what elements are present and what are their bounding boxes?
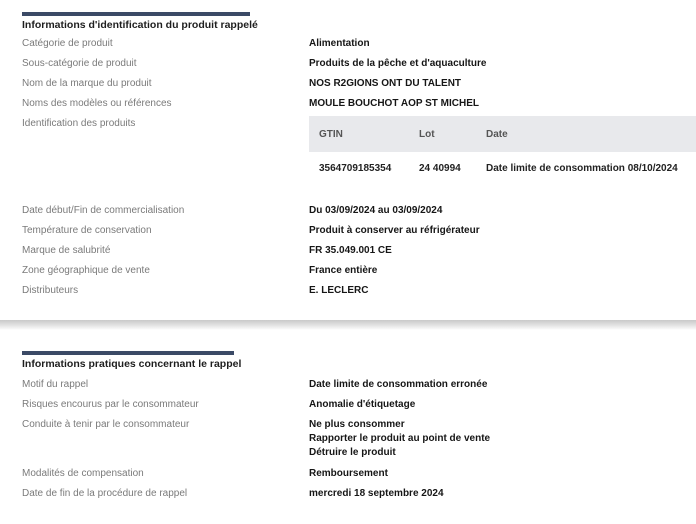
row-value: Produits de la pêche et d'aquaculture — [309, 58, 486, 69]
row-label: Risques encourus par le consommateur — [22, 399, 199, 410]
row-value: MOULE BOUCHOT AOP ST MICHEL — [309, 98, 479, 109]
table-row: 3564709185354 24 40994 Date limite de co… — [309, 116, 696, 152]
row-value: Remboursement — [309, 468, 388, 479]
row-label: Sous-catégorie de produit — [22, 58, 137, 69]
identification-section: Informations d'identification du produit… — [0, 0, 696, 320]
row-label: Motif du rappel — [22, 379, 88, 390]
row-value: E. LECLERC — [309, 285, 368, 296]
row-label: Distributeurs — [22, 285, 78, 296]
row-label: Nom de la marque du produit — [22, 78, 152, 89]
row-value: Date limite de consommation erronée — [309, 379, 487, 390]
identification-section-title: Informations d'identification du produit… — [22, 12, 250, 31]
row-label: Noms des modèles ou références — [22, 98, 172, 109]
row-value: mercredi 18 septembre 2024 — [309, 488, 444, 499]
row-value: FR 35.049.001 CE — [309, 245, 392, 256]
row-label: Température de conservation — [22, 225, 152, 236]
row-value: Produit à conserver au réfrigérateur — [309, 225, 480, 236]
row-label: Zone géographique de vente — [22, 265, 150, 276]
row-value-list: Ne plus consommer Rapporter le produit a… — [309, 418, 490, 460]
row-label: Date début/Fin de commercialisation — [22, 205, 184, 216]
row-label: Marque de salubrité — [22, 245, 110, 256]
row-value: NOS R2GIONS ONT DU TALENT — [309, 78, 461, 89]
practical-section-title: Informations pratiques concernant le rap… — [22, 351, 234, 370]
row-label: Conduite à tenir par le consommateur — [22, 419, 189, 430]
row-label: Date de fin de la procédure de rappel — [22, 488, 187, 499]
row-value: Anomalie d'étiquetage — [309, 399, 415, 410]
row-value: Alimentation — [309, 38, 370, 49]
row-value: Du 03/09/2024 au 03/09/2024 — [309, 205, 442, 216]
row-value-item: Rapporter le produit au point de vente — [309, 432, 490, 446]
row-value: France entière — [309, 265, 377, 276]
row-label: Modalités de compensation — [22, 468, 144, 479]
row-label: Catégorie de produit — [22, 38, 113, 49]
practical-section: Informations pratiques concernant le rap… — [0, 320, 696, 524]
cell-lot: 24 40994 — [419, 163, 461, 174]
cell-gtin: 3564709185354 — [319, 163, 391, 174]
row-label: Identification des produits — [22, 118, 135, 129]
row-value-item: Ne plus consommer — [309, 418, 490, 432]
row-value-item: Détruire le produit — [309, 446, 490, 460]
cell-date: Date limite de consommation 08/10/2024 — [486, 163, 678, 174]
